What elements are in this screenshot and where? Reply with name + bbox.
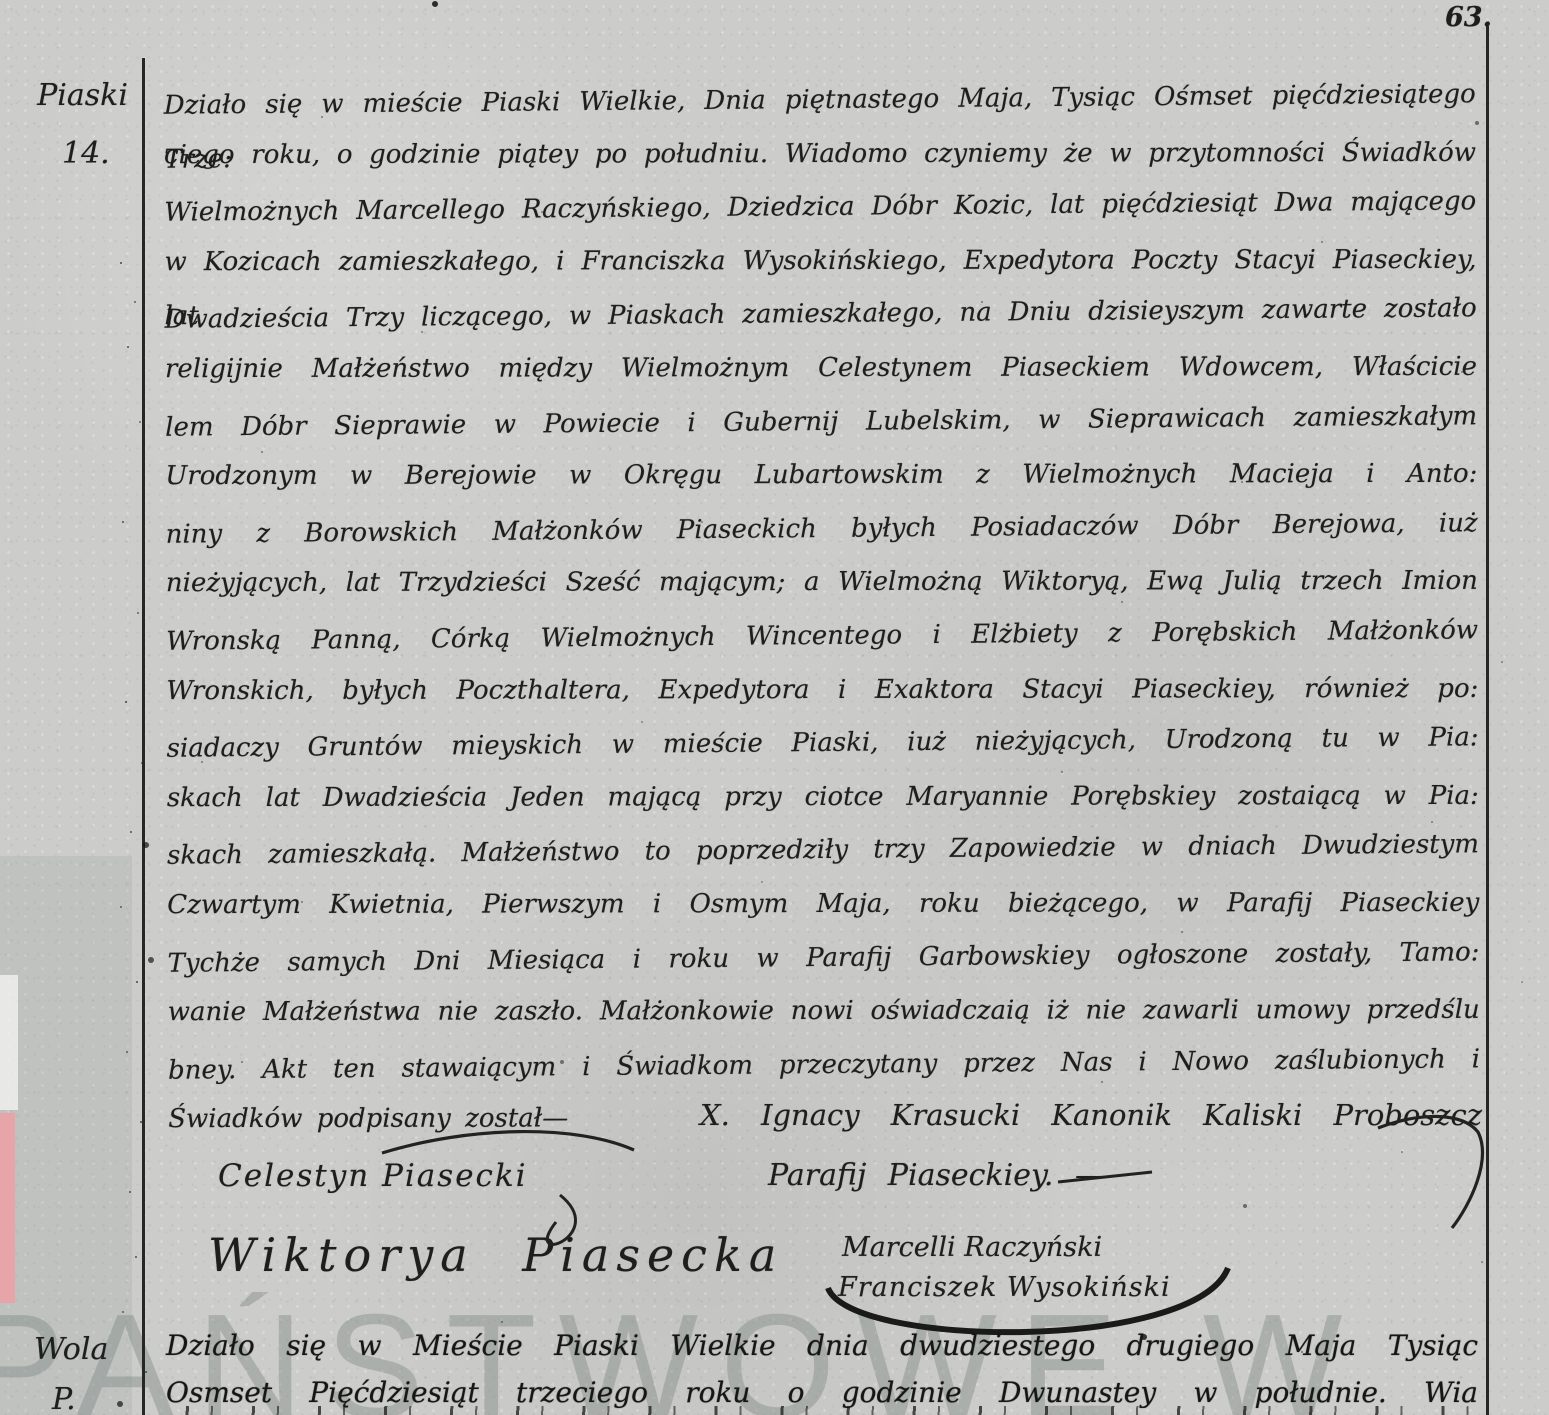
record-line: Działo się w mieście Piaski Wielkie, Dni… [164,68,1476,133]
record-body-2: Działo się w Mieście Piaski Wielkie dnia… [166,1322,1478,1415]
record-line: skach zamieszkałą. Małżeństwo to poprzed… [167,819,1479,884]
record-body: Działo się w mieście Piaski Wielkie, Dni… [164,71,1481,1149]
ink-blots [0,0,4,4]
scan-edge-artifact-white [0,975,18,1110]
margin-note-place: Piaski [30,78,135,113]
record-line: siadaczy Gruntów mieyskich w mieście Pia… [166,711,1478,776]
record-line: ciego roku, o godzinie piątey po południ… [164,126,1476,182]
scan-edge-artifact-pink [0,1113,15,1303]
record-line: Wronską Panną, Córką Wielmożnych Wincent… [166,604,1478,669]
register-page-scan: PAŃSTWOWE W 63. Piaski 14. Działo się w … [0,0,1549,1415]
record-line: Dwadzieścia Trzy liczącego, w Piaskach z… [165,283,1477,348]
margin-rule-left [142,58,145,1415]
signature-witness-2: Franciszek Wysokiński [838,1272,1171,1303]
record-line: Czwartym Kwietnia, Pierwszym i Osmym Maj… [167,877,1479,933]
record-line: lem Dóbr Sieprawie w Powiecie i Gubernij… [165,390,1477,455]
record-line: nieżyjących, lat Trzydzieści Sześć mając… [166,555,1478,611]
signature-witness-1: Marcelli Raczyński [842,1232,1102,1263]
record-line: Urodzonym w Berejowie w Okręgu Lubartows… [165,448,1477,504]
clipped-text-strokes [170,1406,1470,1415]
record-line: wanie Małżeństwa nie zaszło. Małżonkowie… [168,984,1480,1040]
record-line: Wielmożnych Marcellego Raczyńskiego, Dzi… [164,175,1476,240]
signature-bride: Wiktorya Piasecka [208,1228,783,1282]
signature-groom: Celestyn Piasecki [218,1158,528,1194]
margin-note-act-number: 14. [62,136,110,171]
record-line: bney. Akt ten stawaiącym i Świadkom prze… [168,1033,1480,1098]
margin-note-place-2b: P. [52,1382,76,1415]
page-number: 63. [1445,2,1492,33]
record-line: w Kozicach zamieszkałego, i Franciszka W… [164,234,1476,290]
record-line: niny z Borowskich Małżonków Piaseckich b… [165,497,1477,562]
record-line: religijnie Małżeństwo między Wielmożnym … [165,341,1477,397]
record-line: Tychże samych Dni Miesiąca i roku w Para… [167,926,1479,991]
signature-priest-parish: Parafij Piaseckiey. — [768,1158,1105,1193]
signature-priest: X. Ignacy Krasucki Kanonik Kaliski Probo… [700,1098,1482,1132]
margin-rule-right [1486,26,1489,1415]
margin-note-place-2: Wola [34,1332,108,1367]
record-line: Działo się w Mieście Piaski Wielkie dnia… [166,1322,1478,1369]
record-line: skach lat Dwadzieścia Jeden mającą przy … [167,770,1479,826]
record-line: Wronskich, byłych Poczthaltera, Expedyto… [166,662,1478,718]
